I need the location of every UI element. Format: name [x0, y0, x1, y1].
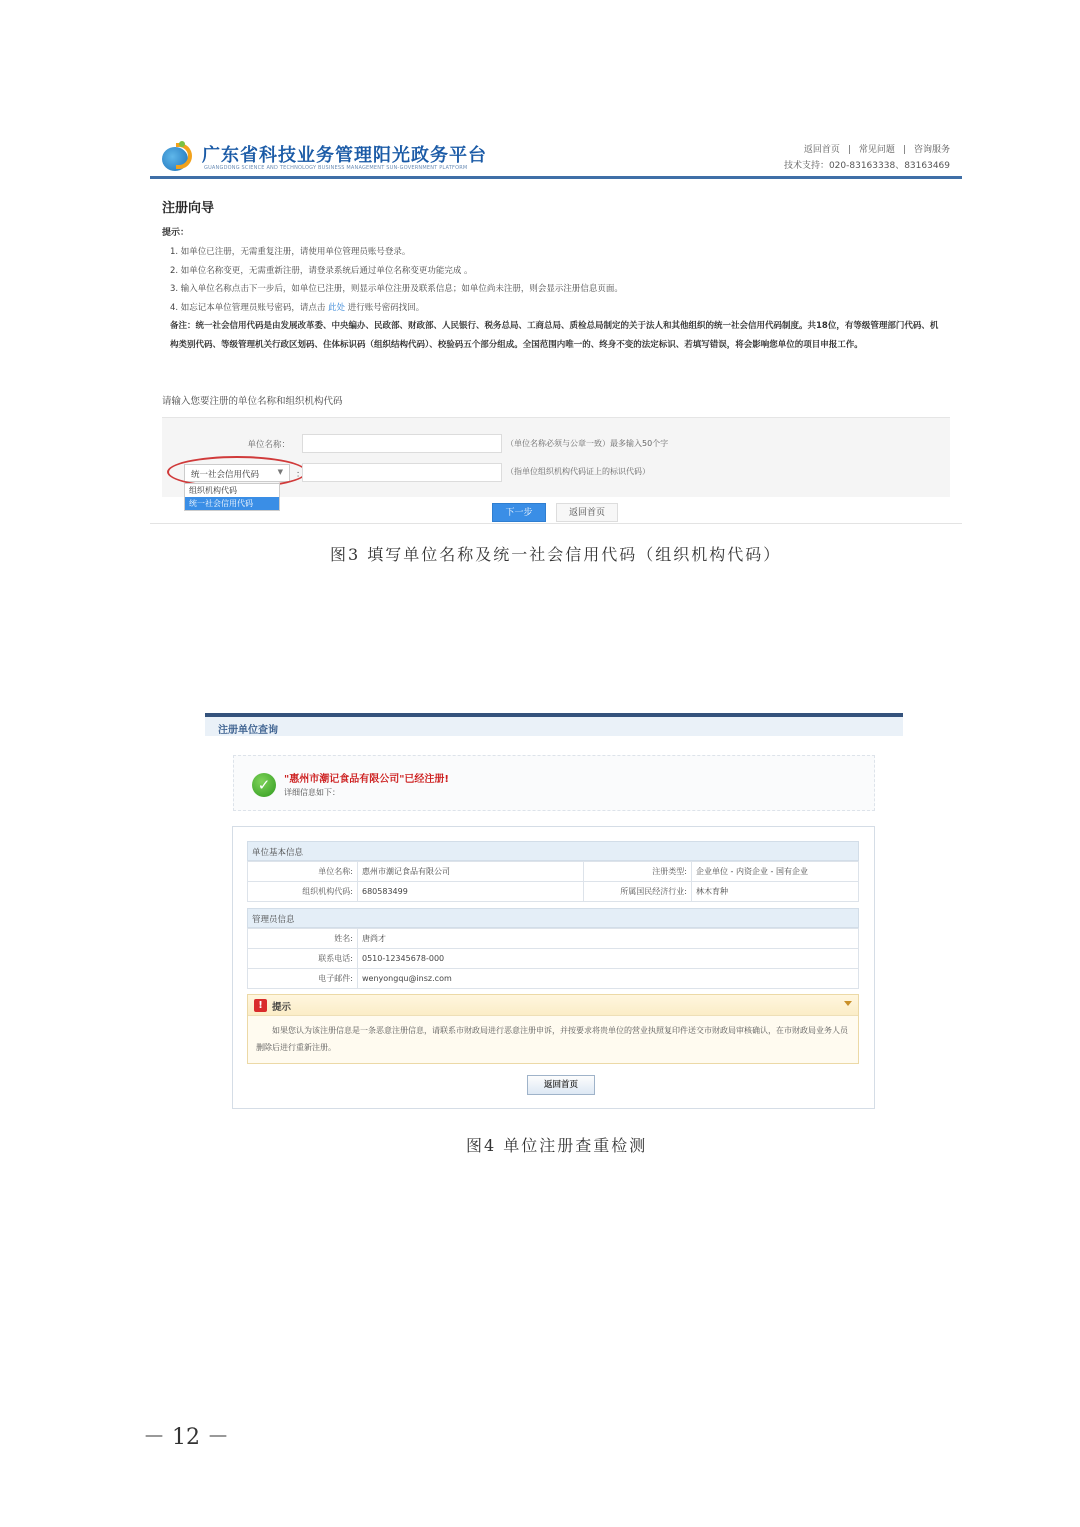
table-row: 单位名称: 惠州市潮记食品有限公司 注册类型: 企业单位 - 内资企业 - 国有… [248, 862, 859, 882]
page-number: － 12 － [143, 1420, 229, 1451]
table-row: 组织机构代码: 680583499 所属国民经济行业: 林木育种 [248, 882, 859, 902]
registered-notice: ✓ "惠州市潮记食品有限公司"已经注册! 详细信息如下： [233, 755, 875, 811]
unit-name-hint: （单位名称必须与公章一致）最多输入50个字 [506, 438, 668, 449]
code-type-dropdown: 组织机构代码 统一社会信用代码 [184, 483, 280, 511]
table-row: 联系电话: 0510-12345678-000 [248, 949, 859, 969]
basic-info-table: 单位名称: 惠州市潮记食品有限公司 注册类型: 企业单位 - 内资企业 - 国有… [247, 861, 859, 902]
panel-title: 注册单位查询 [218, 721, 278, 736]
hint-list: 1. 如单位已注册，无需重复注册，请使用单位管理员账号登录。 2. 如单位名称变… [170, 243, 623, 317]
platform-title: 广东省科技业务管理阳光政务平台 [202, 141, 487, 167]
code-hint: （指单位组织机构代码证上的标识代码） [506, 466, 650, 477]
hint-item: 4. 如忘记本单位管理员账号密码，请点击 此处 进行账号密码找回。 [170, 299, 623, 318]
tip-text: 如果您认为该注册信息是一条恶意注册信息，请联系市财政局进行恶意注册申诉，并按要求… [256, 1022, 852, 1056]
detail-panel: 单位基本信息 单位名称: 惠州市潮记食品有限公司 注册类型: 企业单位 - 内资… [232, 826, 875, 1109]
section-basic-info: 单位基本信息 [247, 841, 859, 861]
platform-logo-icon [162, 141, 194, 171]
hint-item: 1. 如单位已注册，无需重复注册，请使用单位管理员账号登录。 [170, 243, 623, 262]
warning-icon: ! [254, 999, 267, 1012]
check-circle-icon: ✓ [252, 773, 276, 797]
tip-title: 提示 [272, 999, 291, 1013]
tech-support: 技术支持：020-83163338、83163469 [784, 158, 950, 171]
hint-item: 2. 如单位名称变更，无需重新注册，请登录系统后通过单位名称变更功能完成 。 [170, 262, 623, 281]
notice-title: "惠州市潮记食品有限公司"已经注册! [284, 770, 449, 785]
hint-label: 提示： [162, 225, 189, 238]
figure-4-caption: 图4 单位注册查重检测 [466, 1133, 647, 1156]
unit-name-input[interactable] [302, 434, 502, 453]
figure-3-registration-wizard: 广东省科技业务管理阳光政务平台 GUANGDONG SCIENCE AND TE… [150, 135, 962, 525]
table-row: 电子邮件: wenyongqu@insz.com [248, 969, 859, 989]
return-home-button[interactable]: 返回首页 [527, 1075, 595, 1095]
credit-code-note: 备注：统一社会信用代码是由发展改革委、中央编办、民政部、财政部、人民银行、税务总… [170, 317, 940, 354]
hint-item: 3. 输入单位名称点击下一步后，如单位已注册，则显示单位注册及联系信息；如单位尚… [170, 280, 623, 299]
next-step-button[interactable]: 下一步 [492, 503, 546, 522]
link-consulting[interactable]: 咨询服务 [914, 145, 950, 155]
registration-form: 单位名称： （单位名称必须与公章一致）最多输入50个字 统一社会信用代码 ▼ ：… [162, 417, 950, 497]
section-admin-info: 管理员信息 [247, 908, 859, 928]
collapse-caret-icon[interactable] [844, 1001, 852, 1006]
site-header: 广东省科技业务管理阳光政务平台 GUANGDONG SCIENCE AND TE… [150, 135, 962, 179]
figure-4-duplicate-check: 注册单位查询 ✓ "惠州市潮记食品有限公司"已经注册! 详细信息如下： 单位基本… [205, 713, 903, 1109]
tip-box: ! 提示 如果您认为该注册信息是一条恶意注册信息，请联系市财政局进行恶意注册申诉… [247, 994, 859, 1064]
form-prompt: 请输入您要注册的单位名称和组织机构代码 [162, 393, 343, 407]
divider [150, 523, 962, 524]
unit-name-label: 单位名称： [222, 438, 290, 450]
link-home[interactable]: 返回首页 [804, 145, 840, 155]
top-links: 返回首页|常见问题|咨询服务 [804, 142, 950, 155]
table-row: 姓名: 唐尚才 [248, 929, 859, 949]
return-home-button[interactable]: 返回首页 [556, 503, 618, 522]
dropdown-option[interactable]: 组织机构代码 [185, 484, 279, 497]
platform-subtitle: GUANGDONG SCIENCE AND TECHNOLOGY BUSINES… [204, 165, 467, 171]
tip-header[interactable]: ! 提示 [248, 995, 858, 1016]
notice-subtitle: 详细信息如下： [284, 787, 340, 798]
panel-header: 注册单位查询 [205, 713, 903, 736]
dropdown-option-selected[interactable]: 统一社会信用代码 [185, 497, 279, 510]
code-input[interactable] [302, 463, 502, 482]
admin-info-table: 姓名: 唐尚才 联系电话: 0510-12345678-000 电子邮件: we… [247, 928, 859, 989]
wizard-title: 注册向导 [162, 197, 214, 216]
figure-3-caption: 图3 填写单位名称及统一社会信用代码（组织机构代码） [330, 542, 781, 565]
link-faq[interactable]: 常见问题 [859, 145, 895, 155]
recover-password-link[interactable]: 此处 [328, 303, 345, 313]
